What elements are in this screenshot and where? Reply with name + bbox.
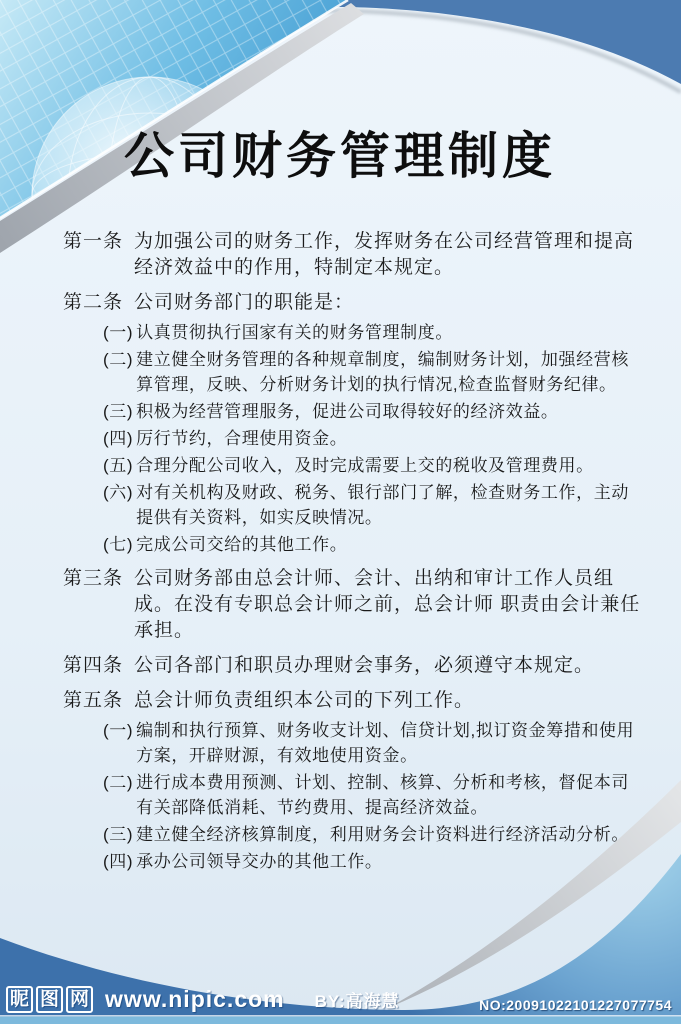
item-marker: (二) [103,347,133,397]
article: 第三条 公司财务部由总会计师、会计、出纳和审计工作人员组成。在没有专职总会计师之… [63,566,645,644]
poster: 公司财务管理制度 第一条 为加强公司的财务工作，发挥财务在公司经营管理和提高经济… [0,0,681,1024]
article: 第四条 公司各部门和职员办理财会事务，必须遵守本规定。 [63,653,645,679]
item-text: 建立健全财务管理的各种规章制度，编制财务计划，加强经营核算管理，反映、分析财务计… [136,347,645,397]
author-credit: BY:高海慧 [315,987,400,1012]
item-text: 进行成本费用预测、计划、控制、核算、分析和考核，督促本司有关部降低消耗、节约费用… [136,770,645,820]
article-sub-item: (四) 承办公司领导交办的其他工作。 [103,849,645,874]
serial-number: NO:20091022101227077754 [479,997,672,1013]
article-sub-item: (六) 对有关机构及财政、税务、银行部门了解，检查财务工作，主动提供有关资料，如… [103,480,645,530]
article-head: 第一条 为加强公司的财务工作，发挥财务在公司经营管理和提高经济效益中的作用，特制… [63,229,645,281]
article-label: 第三条 [63,566,123,644]
item-marker: (三) [103,822,133,847]
item-marker: (四) [103,426,133,451]
article-sub-item: (三) 建立健全经济核算制度，利用财务会计资料进行经济活动分析。 [103,822,645,847]
item-marker: (二) [103,770,133,820]
item-marker: (一) [103,320,133,345]
article-text: 公司各部门和职员办理财会事务，必须遵守本规定。 [134,653,645,679]
item-text: 对有关机构及财政、税务、银行部门了解，检查财务工作，主动提供有关资料，如实反映情… [136,480,645,530]
item-text: 完成公司交给的其他工作。 [136,532,645,557]
item-marker: (七) [103,532,133,557]
article-label: 第四条 [63,653,123,679]
item-text: 编制和执行预算、财务收支计划、信贷计划,拟订资金筹措和使用方案，开辟财源，有效地… [136,718,645,768]
page-title: 公司财务管理制度 [124,116,556,188]
item-marker: (三) [103,399,133,424]
article-sub-item: (三) 积极为经营管理服务，促进公司取得较好的经济效益。 [103,399,645,424]
article-sub-item: (一) 认真贯彻执行国家有关的财务管理制度。 [103,320,645,345]
article-head: 第二条 公司财务部门的职能是： [63,290,645,316]
article-sub-item: (四) 厉行节约，合理使用资金。 [103,426,645,451]
article: 第二条 公司财务部门的职能是： (一) 认真贯彻执行国家有关的财务管理制度。 (… [63,290,645,557]
item-marker: (五) [103,453,133,478]
item-text: 认真贯彻执行国家有关的财务管理制度。 [136,320,645,345]
article-sub-item: (五) 合理分配公司收入，及时完成需要上交的税收及管理费用。 [103,453,645,478]
article-sub-item: (二) 建立健全财务管理的各种规章制度，编制财务计划，加强经营核算管理，反映、分… [103,347,645,397]
article-head: 第四条 公司各部门和职员办理财会事务，必须遵守本规定。 [63,653,645,679]
article-head: 第五条 总会计师负责组织本公司的下列工作。 [63,688,645,714]
articles-list: 第一条 为加强公司的财务工作，发挥财务在公司经营管理和提高经济效益中的作用，特制… [63,229,645,883]
logo-char: 网 [66,986,93,1013]
article-label: 第二条 [63,290,123,316]
logo-char: 图 [36,986,63,1013]
article-text: 公司财务部由总会计师、会计、出纳和审计工作人员组成。在没有专职总会计师之前，总会… [134,566,645,644]
item-text: 承办公司领导交办的其他工作。 [136,849,645,874]
article: 第一条 为加强公司的财务工作，发挥财务在公司经营管理和提高经济效益中的作用，特制… [63,229,645,281]
item-marker: (六) [103,480,133,530]
item-text: 合理分配公司收入，及时完成需要上交的税收及管理费用。 [136,453,645,478]
item-text: 建立健全经济核算制度，利用财务会计资料进行经济活动分析。 [136,822,645,847]
article-sub-item: (七) 完成公司交给的其他工作。 [103,532,645,557]
article-items: (一) 编制和执行预算、财务收支计划、信贷计划,拟订资金筹措和使用方案，开辟财源… [103,718,645,874]
item-text: 厉行节约，合理使用资金。 [136,426,645,451]
article: 第五条 总会计师负责组织本公司的下列工作。 (一) 编制和执行预算、财务收支计划… [63,688,645,874]
article-text: 总会计师负责组织本公司的下列工作。 [134,688,645,714]
item-marker: (一) [103,718,133,768]
item-text: 积极为经营管理服务，促进公司取得较好的经济效益。 [136,399,645,424]
article-sub-item: (二) 进行成本费用预测、计划、控制、核算、分析和考核，督促本司有关部降低消耗、… [103,770,645,820]
watermark-bar: 昵图网 www.nipic.com BY:高海慧 [6,986,400,1013]
article-sub-item: (一) 编制和执行预算、财务收支计划、信贷计划,拟订资金筹措和使用方案，开辟财源… [103,718,645,768]
article-text: 公司财务部门的职能是： [134,290,645,316]
article-text: 为加强公司的财务工作，发挥财务在公司经营管理和提高经济效益中的作用，特制定本规定… [134,229,645,281]
article-items: (一) 认真贯彻执行国家有关的财务管理制度。 (二) 建立健全财务管理的各种规章… [103,320,645,557]
item-marker: (四) [103,849,133,874]
article-label: 第五条 [63,688,123,714]
site-logo: 昵图网 [6,986,96,1013]
article-head: 第三条 公司财务部由总会计师、会计、出纳和审计工作人员组成。在没有专职总会计师之… [63,566,645,644]
logo-char: 昵 [6,986,33,1013]
article-label: 第一条 [63,229,123,281]
site-url-link[interactable]: www.nipic.com [105,986,285,1013]
